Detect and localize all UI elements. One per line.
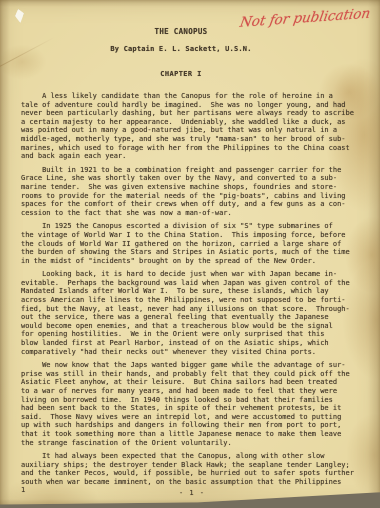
- typewritten-line: and back again each year.: [21, 152, 363, 161]
- document-page: Not for publication THE CANOPUS By Capta…: [0, 0, 380, 508]
- typewritten-line: We now know that the Japs wanted bigger …: [21, 361, 363, 370]
- typewritten-line: the strange fascination of the Orient vo…: [21, 439, 363, 448]
- typewritten-line: comparatively "had their necks out" when…: [21, 348, 363, 357]
- typewritten-line: the burden of showing the Stars and Stri…: [21, 248, 363, 257]
- paragraph: Looking back, it is hard to decide just …: [21, 270, 363, 356]
- paper-tear: [15, 9, 24, 23]
- paragraph: In 1925 the Canopus escorted a division …: [21, 222, 363, 265]
- author-byline: By Captain E. L. Sackett, U.S.N.: [21, 45, 341, 53]
- typewritten-line: marines, which used to forage with her f…: [21, 144, 363, 153]
- paragraph: A less likely candidate than the Canopus…: [21, 92, 363, 161]
- typewritten-line: never been particularly dashing, but her…: [21, 109, 363, 118]
- typewritten-line: Grace Line, she was shortly taken over b…: [21, 174, 363, 183]
- typewritten-line: was pointed out in many a good-natured j…: [21, 126, 363, 135]
- typewritten-line: prise was still in their hands, and prob…: [21, 370, 363, 379]
- paragraph: It had always been expected that the Can…: [21, 452, 363, 486]
- typewritten-line: Asiatic Fleet anyhow, at their leisure. …: [21, 378, 363, 387]
- typewritten-line: Mandated Islands after World War I. To b…: [21, 287, 363, 296]
- typewritten-line: said. Those Navy wives were an intrepid …: [21, 413, 363, 422]
- typewritten-line: spaces for the comfort of their crews wh…: [21, 200, 363, 209]
- typewritten-line: in the midst of "incidents" brought on b…: [21, 257, 363, 266]
- scan-background: Not for publication THE CANOPUS By Capta…: [0, 0, 380, 508]
- typewritten-line: evitable. Perhaps the background was lai…: [21, 279, 363, 288]
- typewritten-line: In 1925 the Canopus escorted a division …: [21, 222, 363, 231]
- chapter-heading: CHAPTER I: [21, 70, 341, 78]
- typewritten-line: blow landed first at Pearl Harbor, inste…: [21, 339, 363, 348]
- paragraph: We now know that the Japs wanted bigger …: [21, 361, 363, 447]
- document-title: THE CANOPUS: [21, 27, 341, 36]
- typewritten-line: across American life lines to the Philip…: [21, 296, 363, 305]
- typewritten-line: rooms to provide for the material needs …: [21, 192, 363, 201]
- typewritten-line: to a war of nerves for many years, and h…: [21, 387, 363, 396]
- typewritten-line: fied, but the Navy, at least, never had …: [21, 305, 363, 314]
- typewritten-line: and the tanker Pecos, would, if possible…: [21, 469, 363, 478]
- page-number: - 1 -: [21, 489, 363, 497]
- typewritten-line: Looking back, it is hard to decide just …: [21, 270, 363, 279]
- typewritten-line: auxiliary ships; the destroyer tender Bl…: [21, 461, 363, 470]
- typewritten-body: A less likely candidate than the Canopus…: [21, 92, 363, 492]
- typewritten-line: marine tender. She was given extensive m…: [21, 183, 363, 192]
- typewritten-line: the clouds of World War II gathered on t…: [21, 240, 363, 249]
- paragraph: Built in 1921 to be a combination freigh…: [21, 166, 363, 218]
- typewritten-line: cession to the fact that she was now a m…: [21, 209, 363, 218]
- typewritten-line: up with such hardships and dangers in fo…: [21, 421, 363, 430]
- typewritten-line: for opening hostilities. We in the Orien…: [21, 330, 363, 339]
- typewritten-line: the vintage of World War I to the China …: [21, 231, 363, 240]
- typewritten-line: had been sent back to the States, in spi…: [21, 404, 363, 413]
- typewritten-line: south when war became imminent, on the b…: [21, 478, 363, 487]
- typewritten-line: Built in 1921 to be a combination freigh…: [21, 166, 363, 175]
- typewritten-line: that it took something more than a littl…: [21, 430, 363, 439]
- typewritten-line: a certain majesty to her appearance. Und…: [21, 118, 363, 127]
- typewritten-line: It had always been expected that the Can…: [21, 452, 363, 461]
- typewritten-line: tale of adventure could hardly be imagin…: [21, 101, 363, 110]
- typewritten-line: middle-aged, motherly type, and she was …: [21, 135, 363, 144]
- typewritten-line: A less likely candidate than the Canopus…: [21, 92, 363, 101]
- typewritten-line: living on borrowed time. In 1940 things …: [21, 396, 363, 405]
- typewritten-line: out the service, there was a general fee…: [21, 313, 363, 322]
- typewritten-line: would become open enemies, and that a tr…: [21, 322, 363, 331]
